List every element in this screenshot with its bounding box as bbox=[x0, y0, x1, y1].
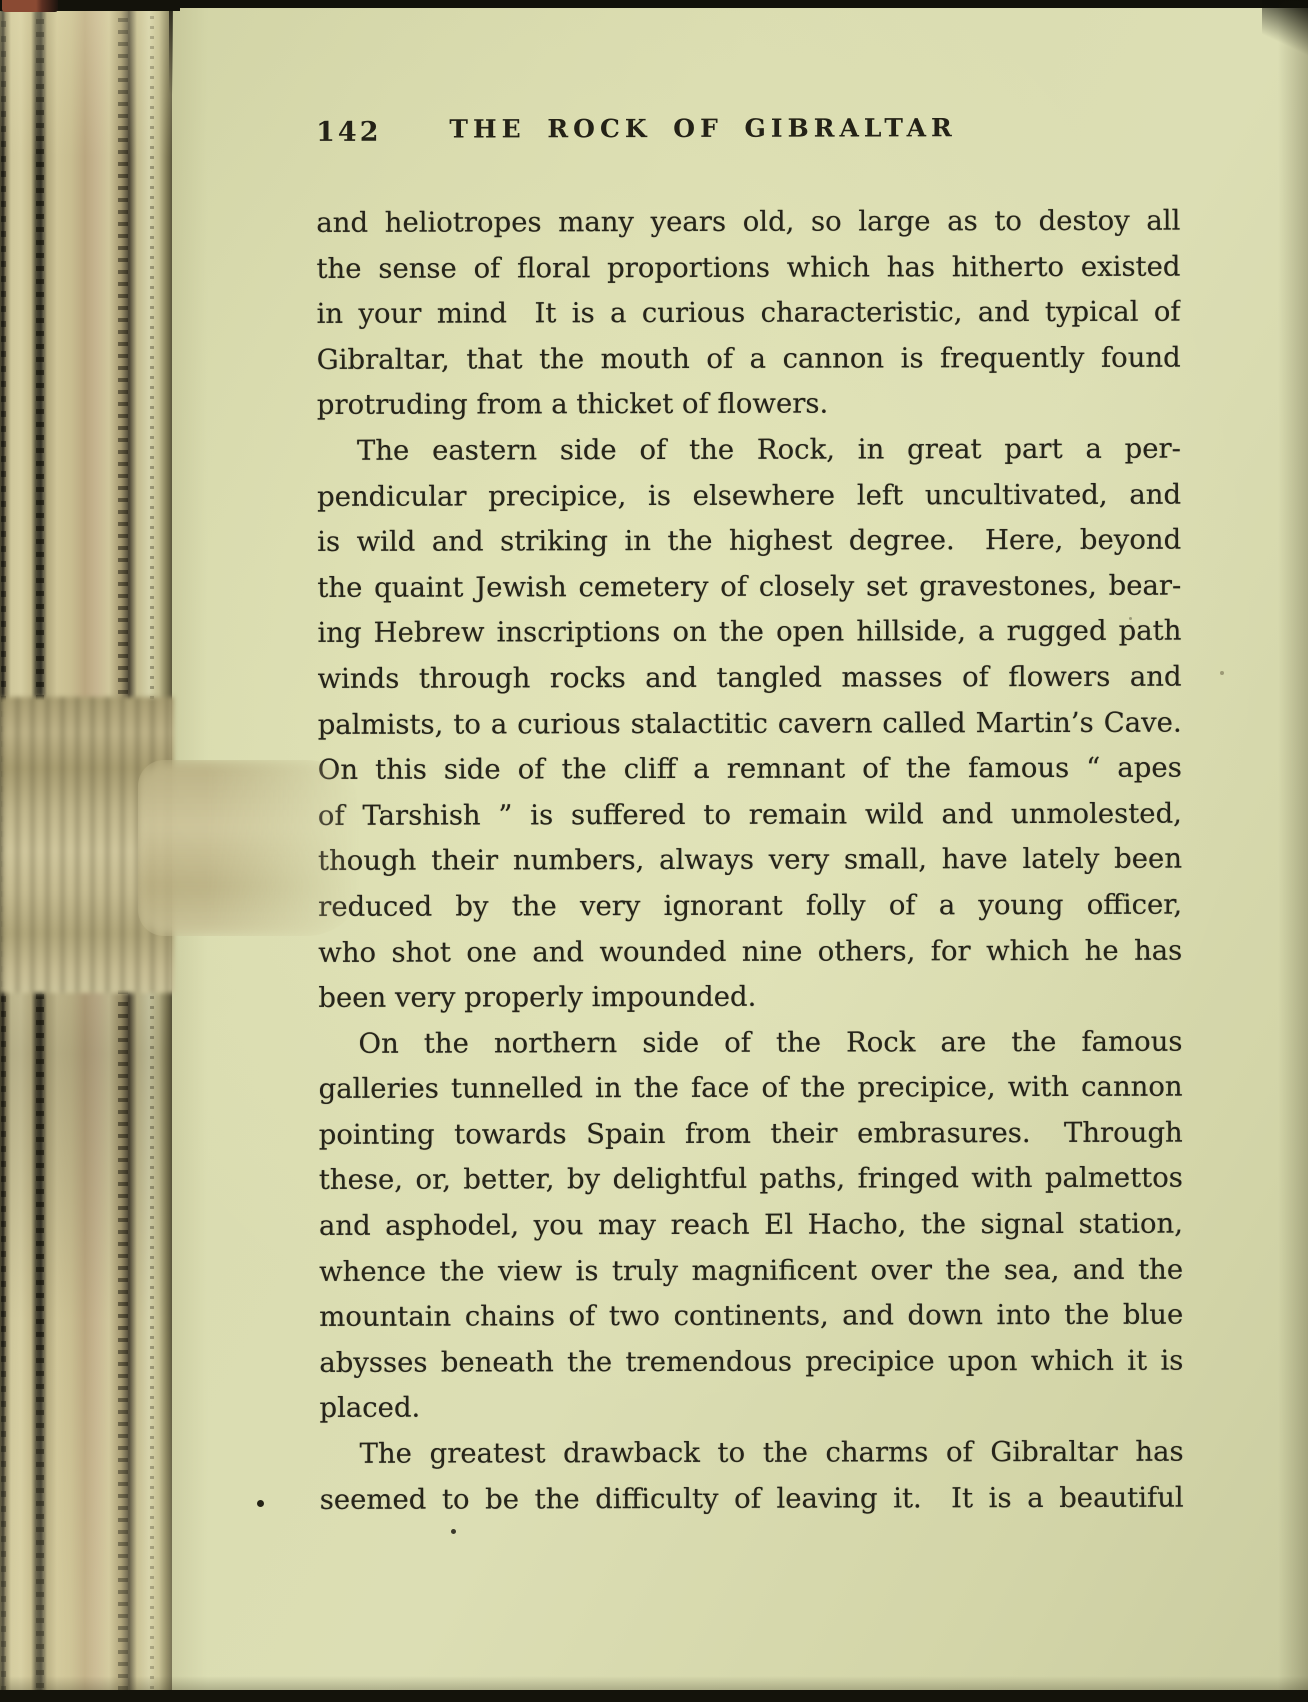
book-cover-edge bbox=[2, 0, 58, 12]
text-line: ing Hebrew inscriptions on the open hill… bbox=[317, 609, 1181, 657]
text-line: the quaint Jewish cemetery of closely se… bbox=[317, 563, 1181, 611]
text-line: of Tarshish ” is suffered to remain wild… bbox=[318, 791, 1182, 839]
text-line: winds through rocks and tangled masses o… bbox=[317, 655, 1181, 703]
text-line: and asphodel, you may reach El Hacho, th… bbox=[319, 1202, 1183, 1250]
text-line: galleries tunnelled in the face of the p… bbox=[319, 1065, 1183, 1113]
text-line: The greatest drawback to the charms of G… bbox=[320, 1430, 1184, 1478]
paragraph: On the northern side of the Rock are the… bbox=[318, 1019, 1183, 1432]
text-line: reduced by the very ignorant folly of a … bbox=[318, 883, 1182, 931]
photo-bottom-shadow bbox=[0, 1676, 1308, 1690]
page-header: 142 THE ROCK OF GIBRALTAR bbox=[316, 111, 1180, 155]
text-line: pointing towards Spain from their embras… bbox=[319, 1110, 1183, 1158]
text-line: whence the view is truly magnificent ove… bbox=[319, 1247, 1183, 1295]
text-line: Gibraltar, that the mouth of a cannon is… bbox=[317, 335, 1181, 383]
page-number: 142 bbox=[316, 117, 381, 148]
text-line: seemed to be the difficulty of leaving i… bbox=[320, 1475, 1184, 1523]
text-line: palmists, to a curious stalactitic caver… bbox=[318, 700, 1182, 748]
paragraph: The eastern side of the Rock, in great p… bbox=[317, 427, 1183, 1022]
text-line: is wild and striking in the highest degr… bbox=[317, 518, 1181, 566]
text-line: in your mind It is a curious characteris… bbox=[317, 290, 1181, 338]
text-line: On this side of the cliff a remnant of t… bbox=[318, 746, 1182, 794]
text-line: placed. bbox=[319, 1384, 1183, 1432]
ink-speck bbox=[1220, 671, 1224, 675]
text-line: pendicular precipice, is elsewhere left … bbox=[317, 472, 1181, 520]
running-head: THE ROCK OF GIBRALTAR bbox=[449, 113, 956, 143]
text-line: protruding from a thicket of flowers. bbox=[317, 381, 1181, 429]
text-line: and heliotropes many years old, so large… bbox=[316, 199, 1180, 247]
ink-speck bbox=[1129, 617, 1132, 620]
text-line: The eastern side of the Rock, in great p… bbox=[317, 427, 1181, 475]
text-line: who shot one and wounded nine others, fo… bbox=[318, 928, 1182, 976]
text-line: been very properly impounded. bbox=[318, 974, 1182, 1022]
text-line: abysses beneath the tremendous precipice… bbox=[319, 1338, 1183, 1386]
text-block: and heliotropes many years old, so large… bbox=[316, 199, 1183, 1523]
paragraph: The greatest drawback to the charms of G… bbox=[320, 1430, 1184, 1523]
photo-blur-artifact bbox=[138, 760, 366, 936]
text-line: these, or, better, by delightful paths, … bbox=[319, 1156, 1183, 1204]
text-line: though their numbers, always very small,… bbox=[318, 837, 1182, 885]
ink-speck bbox=[451, 1529, 456, 1534]
book-photo: 142 THE ROCK OF GIBRALTAR and heliotrope… bbox=[0, 0, 1308, 1702]
text-line: the sense of floral proportions which ha… bbox=[316, 244, 1180, 292]
paragraph: and heliotropes many years old, so large… bbox=[316, 199, 1181, 429]
text-line: On the northern side of the Rock are the… bbox=[318, 1019, 1182, 1067]
text-line: mountain chains of two continents, and d… bbox=[319, 1293, 1183, 1341]
photo-bottom-edge bbox=[0, 1690, 1308, 1702]
ink-speck bbox=[257, 1500, 264, 1507]
